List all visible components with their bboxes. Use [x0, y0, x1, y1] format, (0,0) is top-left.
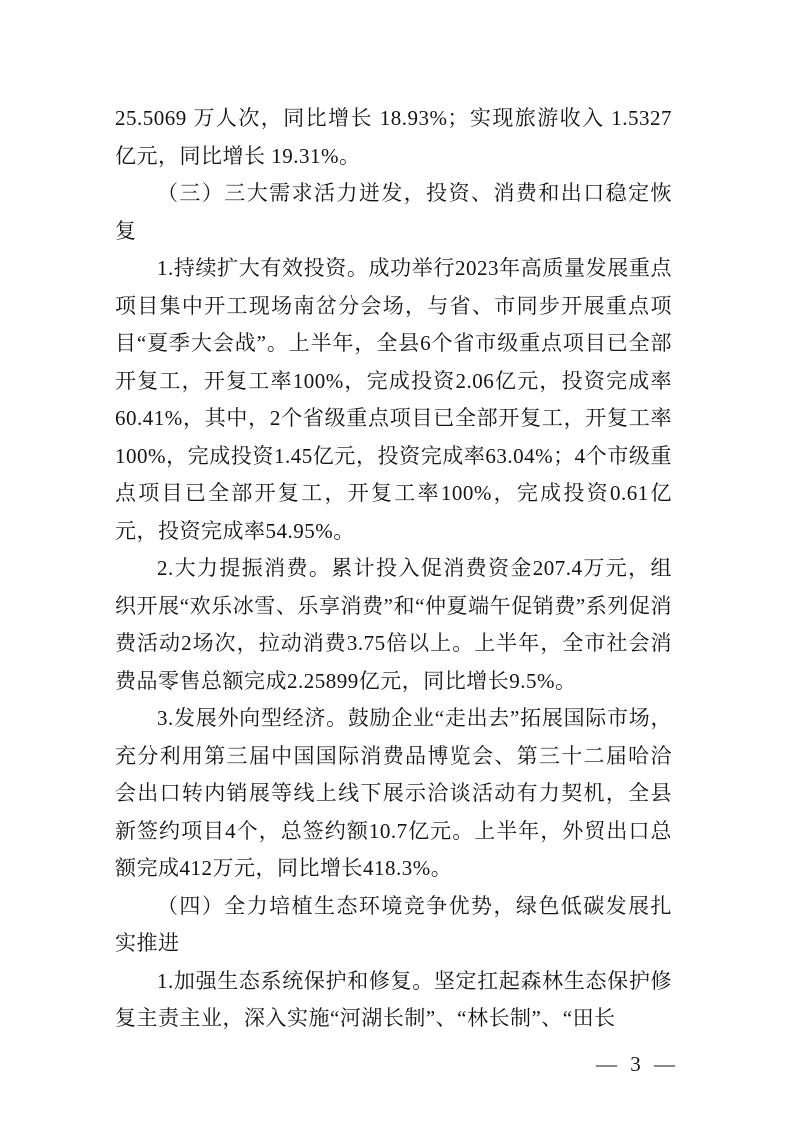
- page-number: — 3 —: [596, 1052, 675, 1077]
- document-page: 25.5069 万人次，同比增长 18.93%；实现旅游收入 1.5327 亿元…: [0, 0, 793, 1122]
- paragraph-tourism-continuation: 25.5069 万人次，同比增长 18.93%；实现旅游收入 1.5327 亿元…: [115, 100, 672, 175]
- paragraph-1-effective-investment: 1.持续扩大有效投资。成功举行2023年高质量发展重点项目集中开工现场南岔分会场…: [115, 250, 672, 550]
- section-heading-eco-environment: （四）全力培植生态环境竞争优势，绿色低碳发展扎实推进: [115, 888, 672, 963]
- paragraph-3-export-economy: 3.发展外向型经济。鼓励企业“走出去”拓展国际市场，充分利用第三届中国国际消费品…: [115, 700, 672, 888]
- document-text-block: 25.5069 万人次，同比增长 18.93%；实现旅游收入 1.5327 亿元…: [115, 100, 672, 1038]
- paragraph-2-boost-consumption: 2.大力提振消费。累计投入促消费资金207.4万元，组织开展“欢乐冰雪、乐享消费…: [115, 550, 672, 700]
- section-heading-three-demands: （三）三大需求活力迸发，投资、消费和出口稳定恢复: [115, 175, 672, 250]
- paragraph-1-ecosystem-protection: 1.加强生态系统保护和修复。坚定扛起森林生态保护修复主责主业，深入实施“河湖长制…: [115, 963, 672, 1038]
